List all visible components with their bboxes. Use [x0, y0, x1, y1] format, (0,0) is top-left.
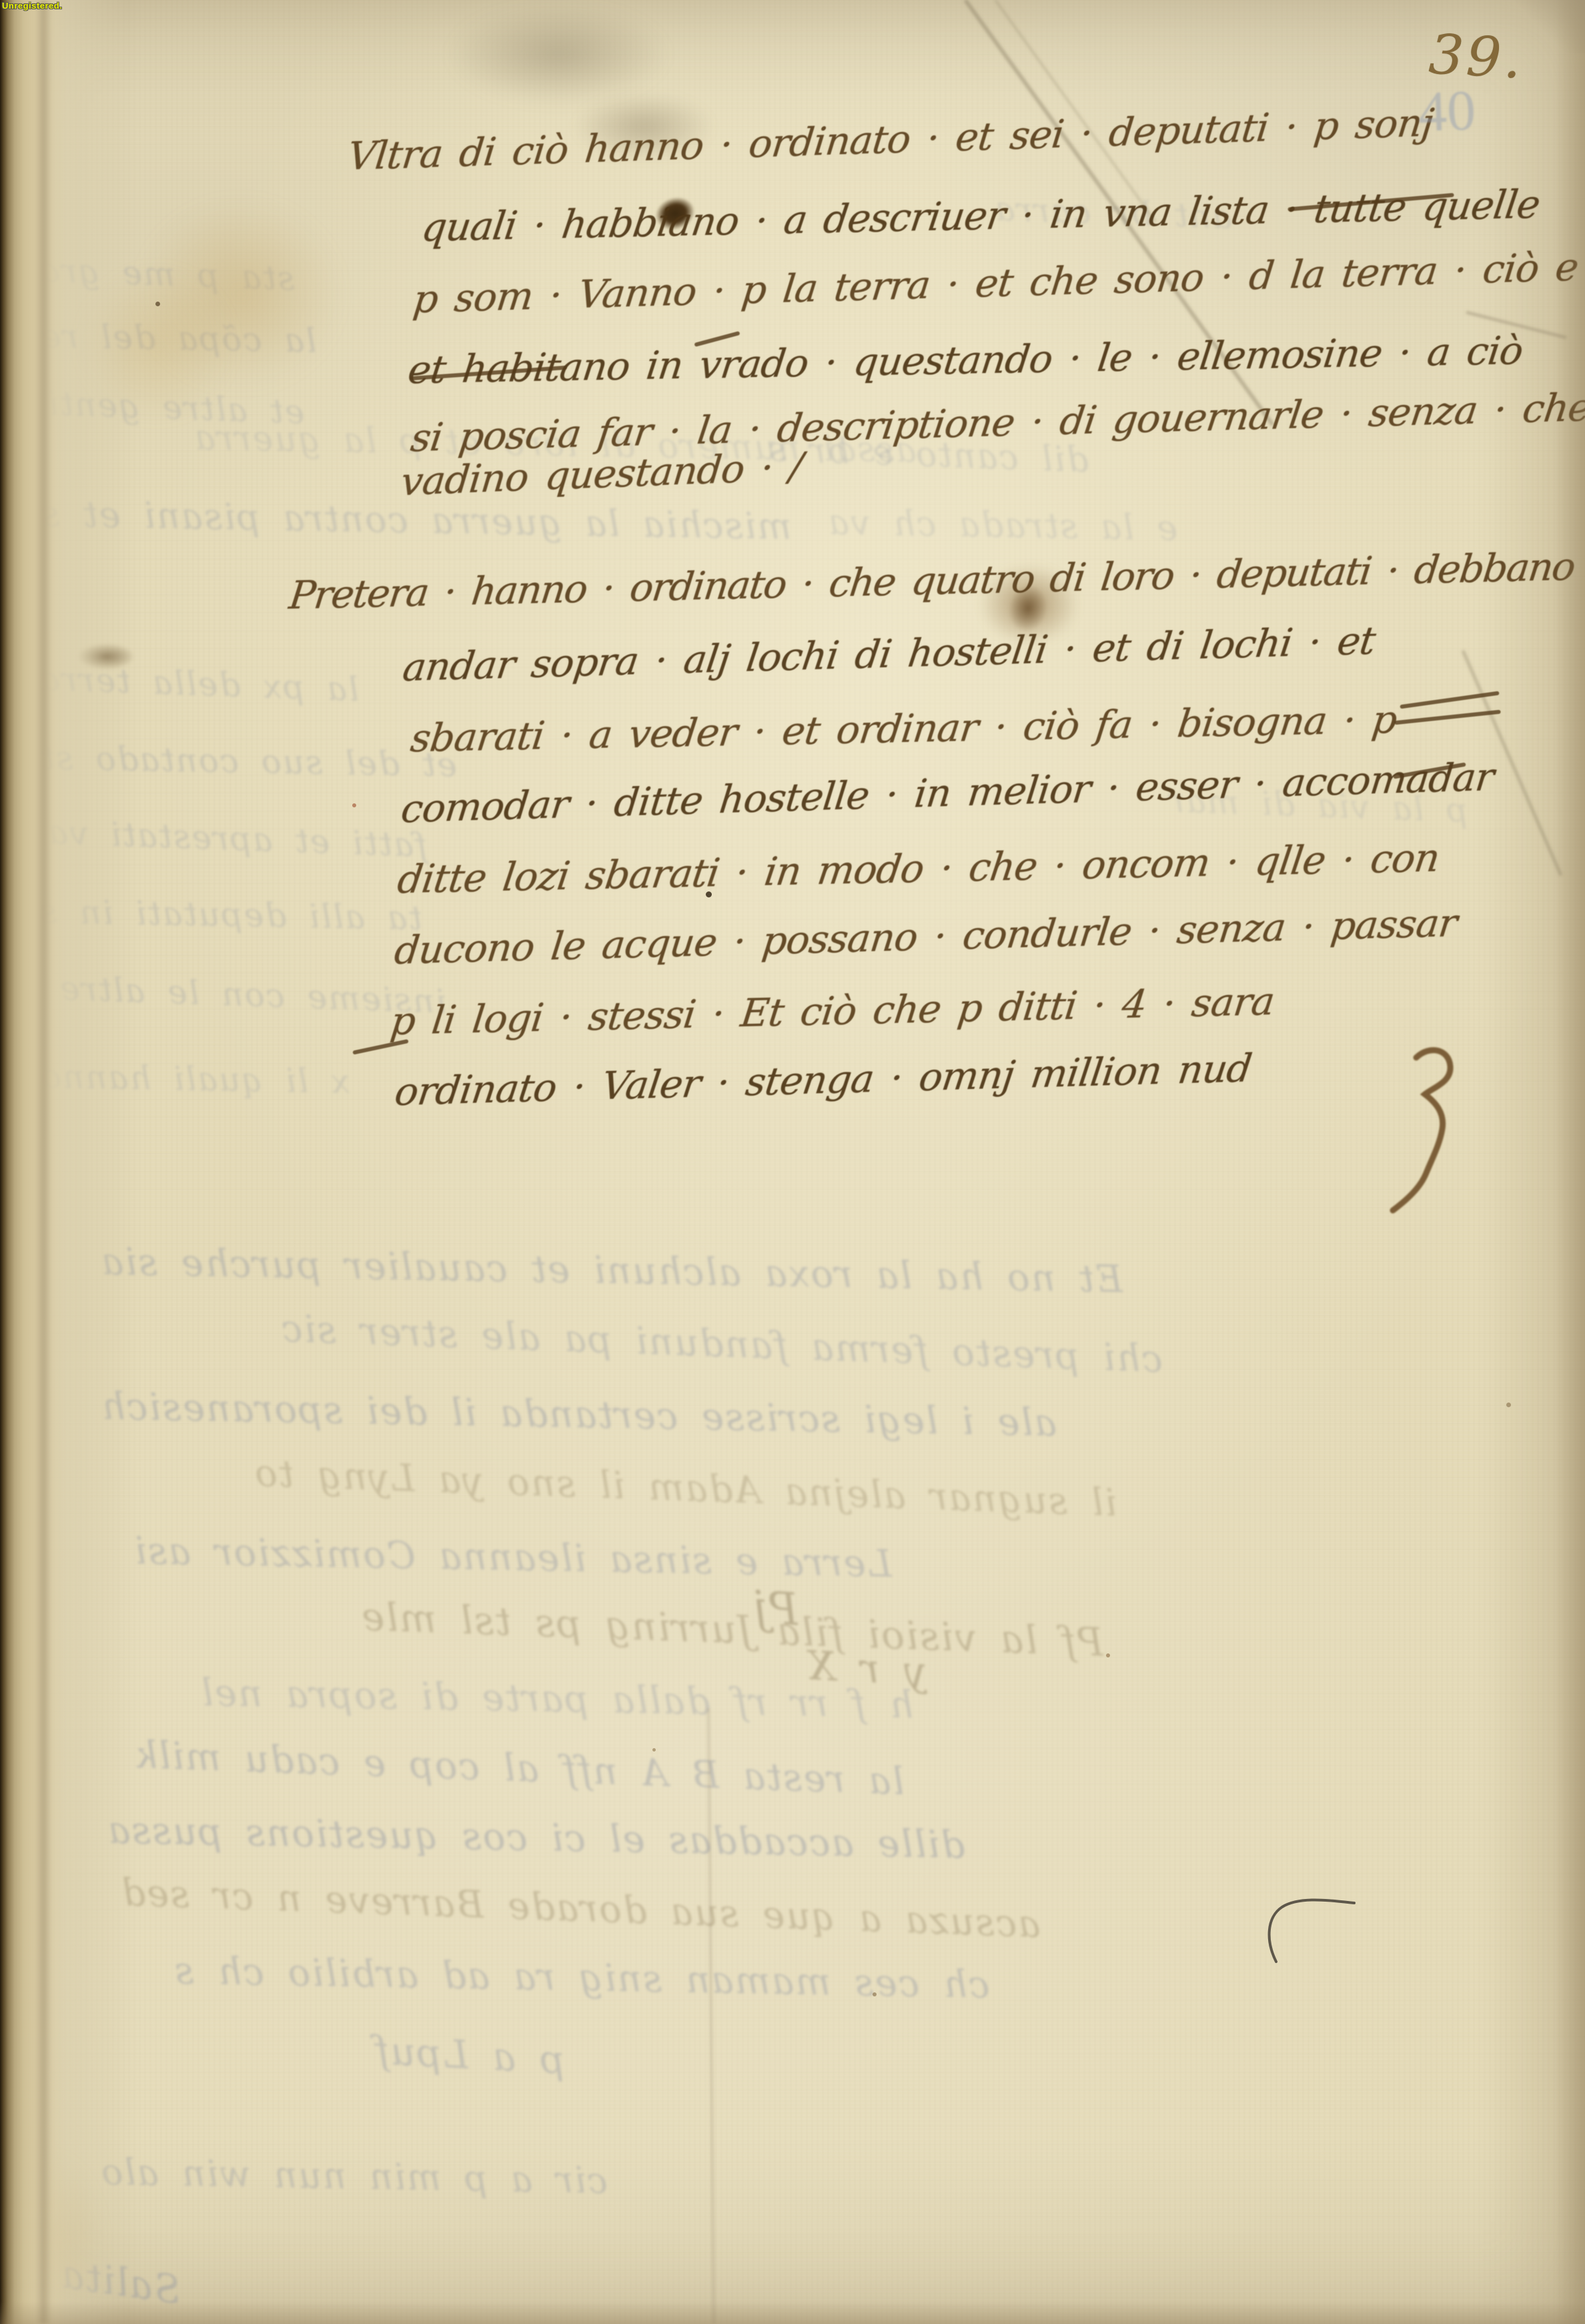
- gutter-crease: [35, 0, 52, 2324]
- page-edge-right: [1554, 0, 1585, 2324]
- corner-fold-topright: [1505, 0, 1585, 53]
- ink-flourish: [1393, 1050, 1450, 1210]
- page-edge-bottom: [0, 2301, 1585, 2324]
- scanner-watermark: Unregistered.: [2, 1, 62, 11]
- manuscript-page: sta p me grala cõpa del reet altre genti…: [0, 0, 1585, 2324]
- hair-curve-mark: [1269, 1900, 1354, 1962]
- stamp-number: 40: [1417, 77, 1476, 145]
- binding-gutter: [0, 0, 127, 2324]
